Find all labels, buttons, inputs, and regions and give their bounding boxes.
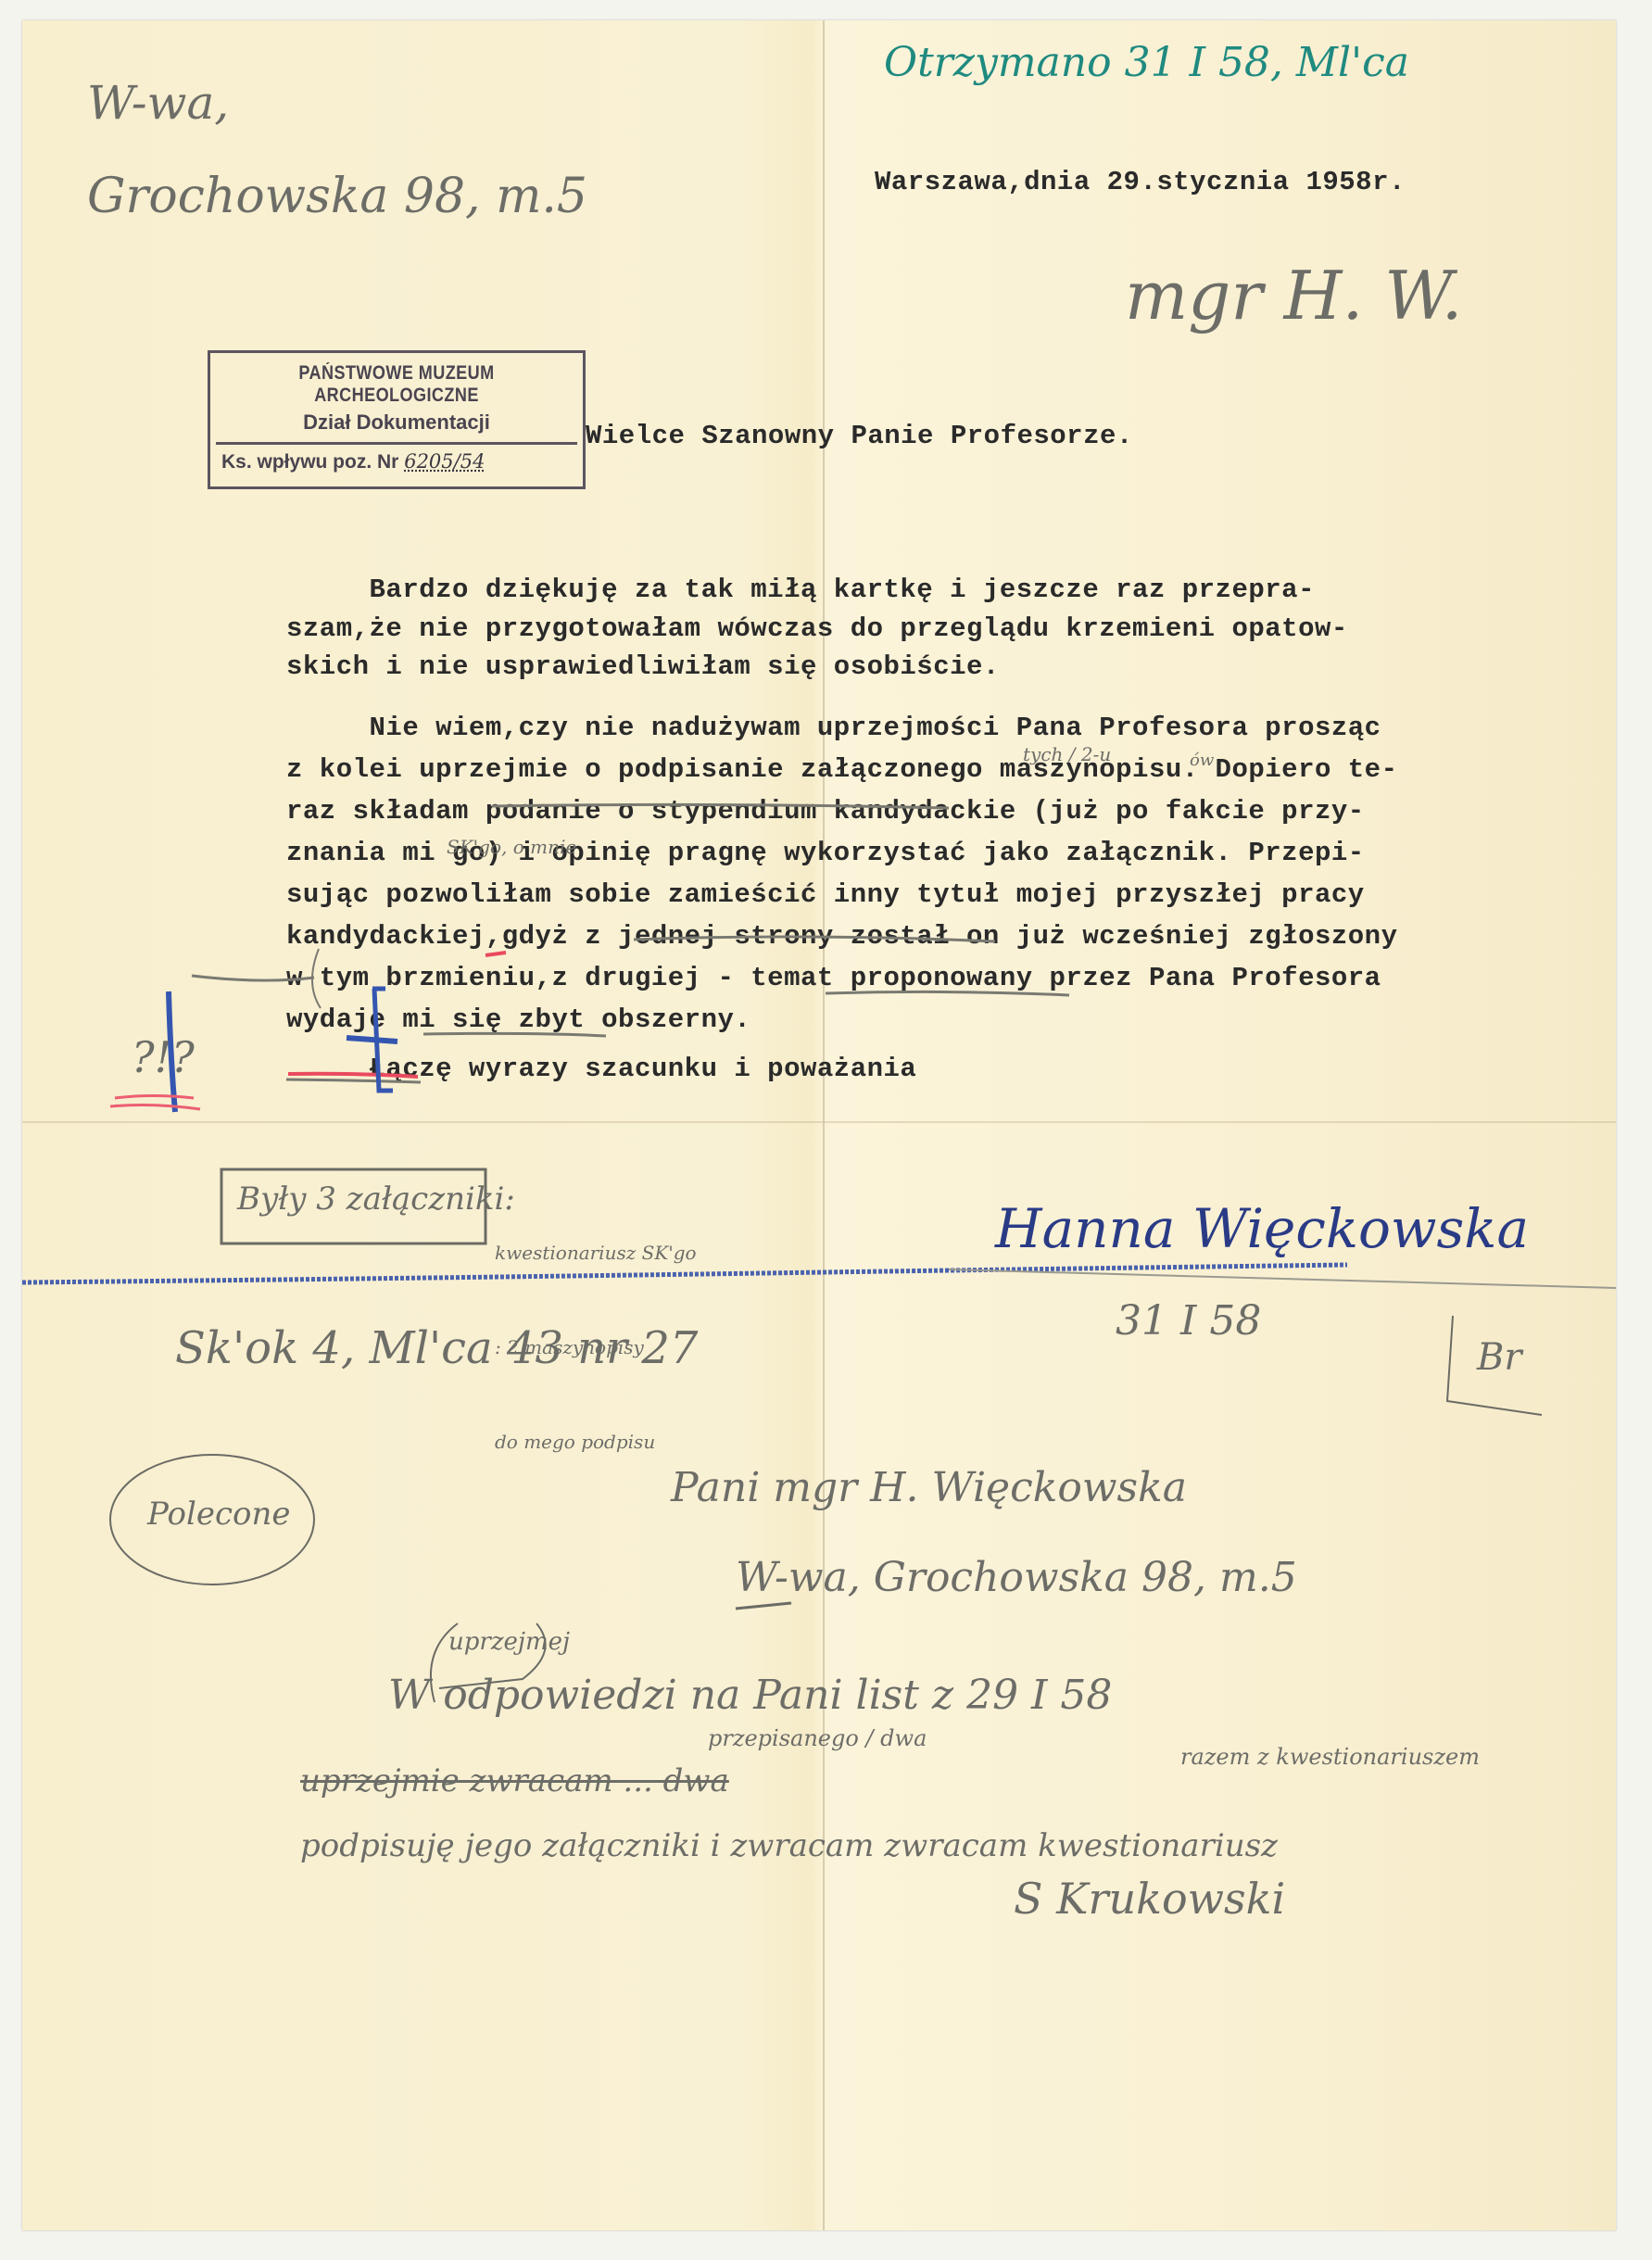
- boxed-note: Były 3 załączniki:: [237, 1181, 515, 1218]
- author-signature: Hanna Więckowska: [995, 1197, 1529, 1260]
- registered-mail-note: Polecone: [147, 1496, 291, 1533]
- reply-insert-line2: przepisanego / dwa: [708, 1725, 927, 1751]
- annotation-marks: [22, 20, 1616, 2230]
- reply-insert-uprzejmej: uprzejmej: [448, 1628, 570, 1656]
- reply-recipient-line1: Pani mgr H. Więckowska: [671, 1464, 1187, 1511]
- reply-signature: S Krukowski: [1014, 1874, 1285, 1924]
- initial-mark: Br: [1477, 1336, 1522, 1379]
- boxed-note-detail-line: do mego podpisu: [495, 1426, 697, 1458]
- letter-paper: W-wa, Grochowska 98, m.5 Otrzymano 31 I …: [22, 20, 1616, 2230]
- reply-line2: uprzejmie zwracam ... dwa: [300, 1762, 729, 1799]
- reply-recipient-line2: W-wa, Grochowska 98, m.5: [736, 1554, 1297, 1601]
- margin-question-mark: ?!?: [132, 1032, 195, 1082]
- reply-line3: podpisuję jego załączniki i zwracam zwra…: [300, 1827, 1278, 1864]
- reply-line1: W odpowiedzi na Pani list z 29 I 58: [388, 1672, 1112, 1719]
- date-received: 31 I 58: [1116, 1297, 1261, 1345]
- reply-line2-tail: razem z kwestionariuszem: [1180, 1744, 1480, 1770]
- boxed-note-detail-line: kwestionariusz SK'go: [495, 1237, 697, 1269]
- reference-note: Sk'ok 4, Ml'ca 43 nr 27: [175, 1322, 698, 1374]
